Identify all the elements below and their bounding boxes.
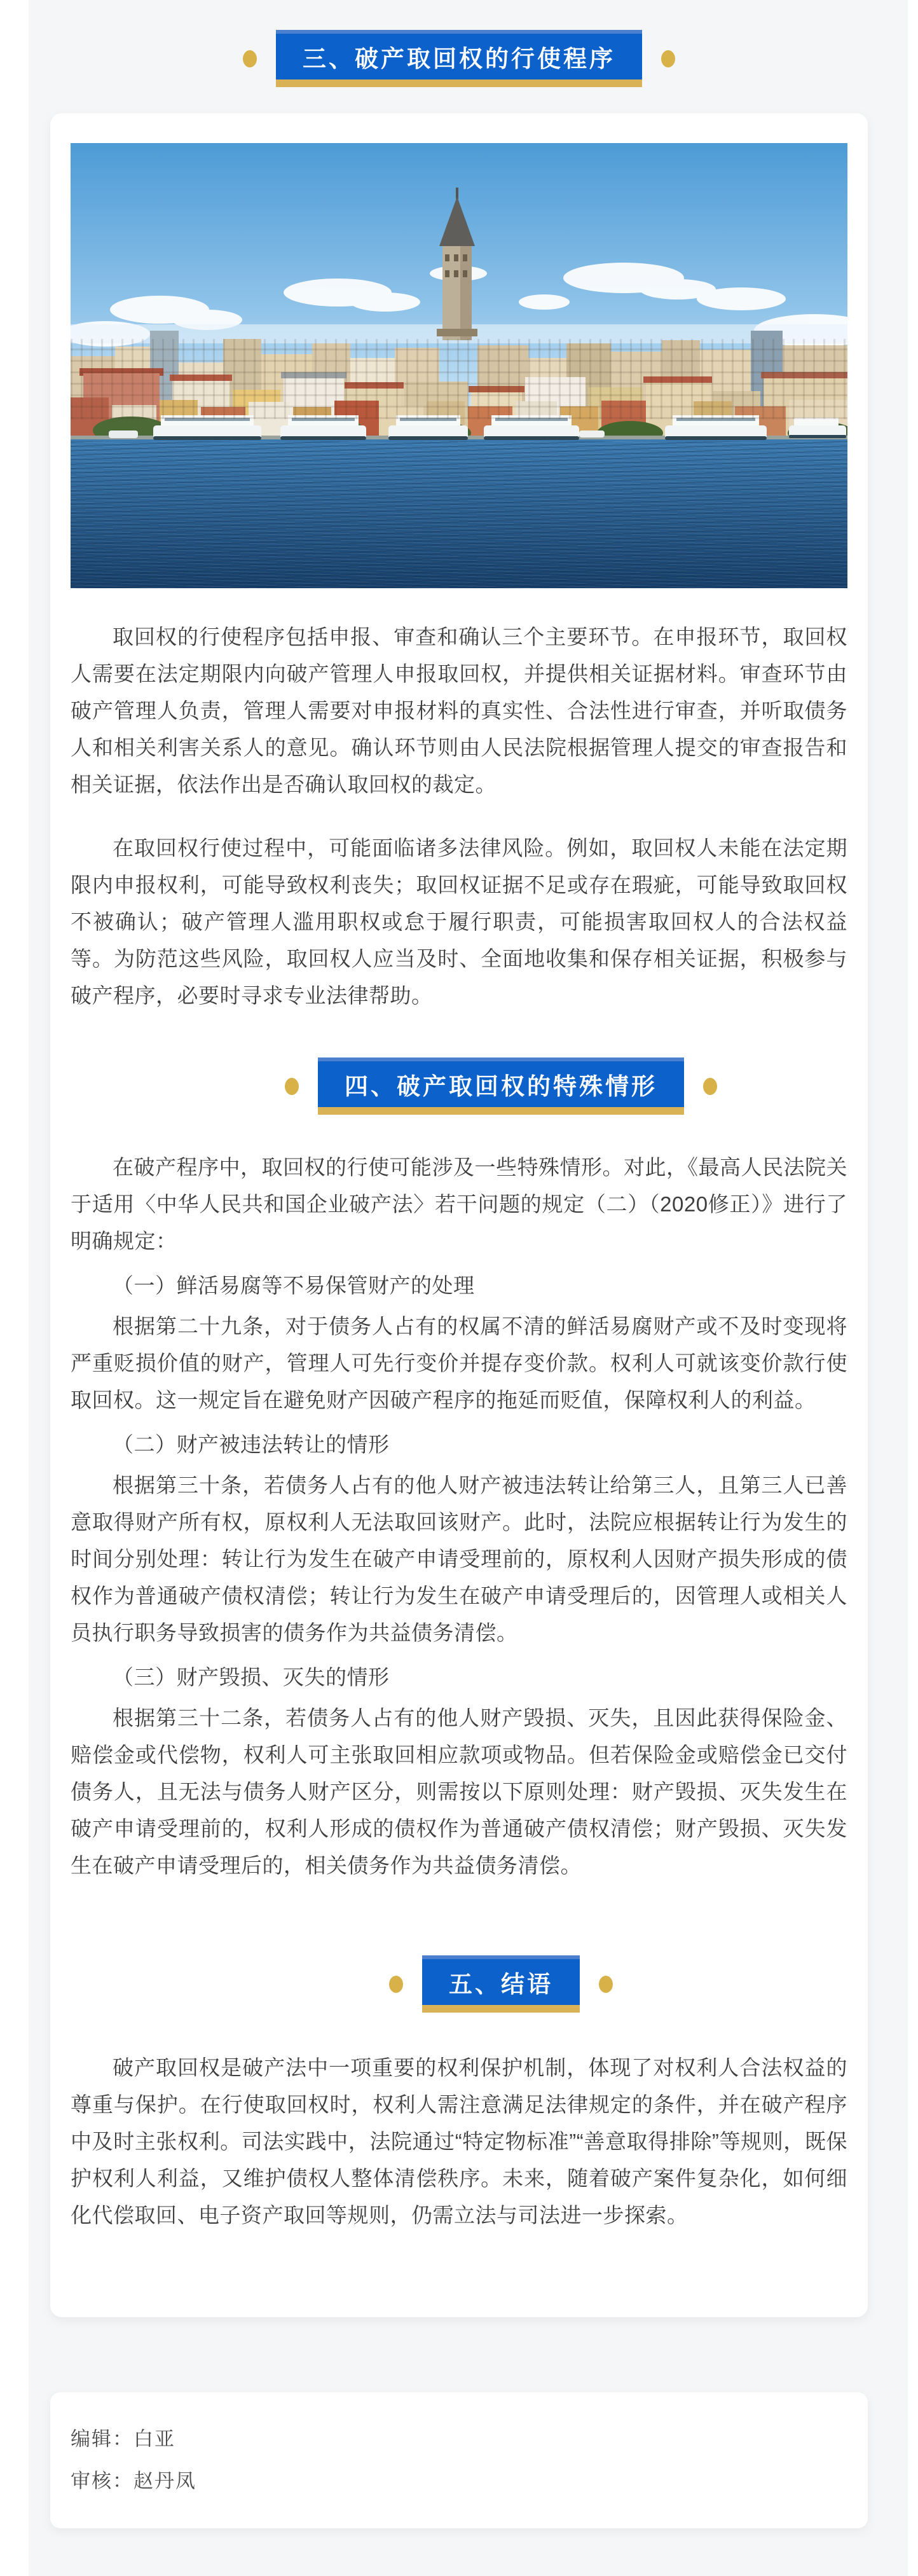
badge-gold-strip [318, 1107, 684, 1115]
istanbul-skyline-illustration [71, 143, 847, 588]
gold-dot-icon [389, 1976, 403, 1993]
section-5-title: 五、结语 [422, 1959, 580, 2005]
water [71, 439, 847, 588]
gold-dot-icon [285, 1078, 299, 1095]
article-card: 取回权的行使程序包括申报、审查和确认三个主要环节。在申报环节，取回权人需要在法定… [50, 113, 868, 2317]
reviewer-credit: 审核：赵丹凤 [71, 2467, 847, 2495]
section-4-sub3-body: 根据第三十二条，若债务人占有的他人财产毁损、灭失，且因此获得保险金、赔偿金或代偿… [71, 1700, 847, 1884]
section-5-badge: 五、结语 [422, 1955, 580, 2013]
article-hero-photo[interactable] [71, 143, 847, 588]
section-5-header-row: 五、结语 [92, 1955, 910, 2013]
article-background-panel: 三、破产取回权的行使程序 [29, 0, 908, 2576]
gold-dot-icon [703, 1078, 717, 1095]
gold-dot-icon [599, 1976, 613, 1993]
badge-gold-strip [422, 2005, 580, 2013]
section-3-title: 三、破产取回权的行使程序 [276, 34, 642, 79]
badge-gold-strip [276, 79, 642, 87]
section-3-paragraph-2: 在取回权行使过程中，可能面临诸多法律风险。例如，取回权人未能在法定期限内申报权利… [71, 830, 847, 1014]
section-4-sub2-title: （二）财产被违法转让的情形 [71, 1426, 847, 1463]
section-4-sub2-body: 根据第三十条，若债务人占有的他人财产被违法转让给第三人，且第三人已善意取得财产所… [71, 1467, 847, 1651]
section-4-sub1-title: （一）鲜活易腐等不易保管财产的处理 [71, 1267, 847, 1304]
section-3-badge: 三、破产取回权的行使程序 [276, 30, 642, 87]
section-4-title: 四、破产取回权的特殊情形 [318, 1061, 684, 1107]
section-3-header-row: 三、破产取回权的行使程序 [50, 0, 868, 87]
gold-dot-icon [243, 50, 257, 67]
section-4-header-row: 四、破产取回权的特殊情形 [92, 1057, 910, 1115]
section-4-sub1-body: 根据第二十九条，对于债务人占有的权属不清的鲜活易腐财产或不及时变现将严重贬损价值… [71, 1308, 847, 1419]
section-4-badge: 四、破产取回权的特殊情形 [318, 1057, 684, 1115]
section-4-sub3-title: （三）财产毁损、灭失的情形 [71, 1659, 847, 1696]
section-3-paragraph-1: 取回权的行使程序包括申报、审查和确认三个主要环节。在申报环节，取回权人需要在法定… [71, 619, 847, 803]
editor-credit: 编辑：白亚 [71, 2425, 847, 2453]
section-4-intro: 在破产程序中，取回权的行使可能涉及一些特殊情形。对此，《最高人民法院关于适用〈中… [71, 1149, 847, 1260]
gold-dot-icon [661, 50, 675, 67]
section-5-paragraph: 破产取回权是破产法中一项重要的权利保护机制，体现了对权利人合法权益的尊重与保护。… [71, 2049, 847, 2234]
credits-card: 编辑：白亚 审核：赵丹凤 [50, 2392, 868, 2528]
